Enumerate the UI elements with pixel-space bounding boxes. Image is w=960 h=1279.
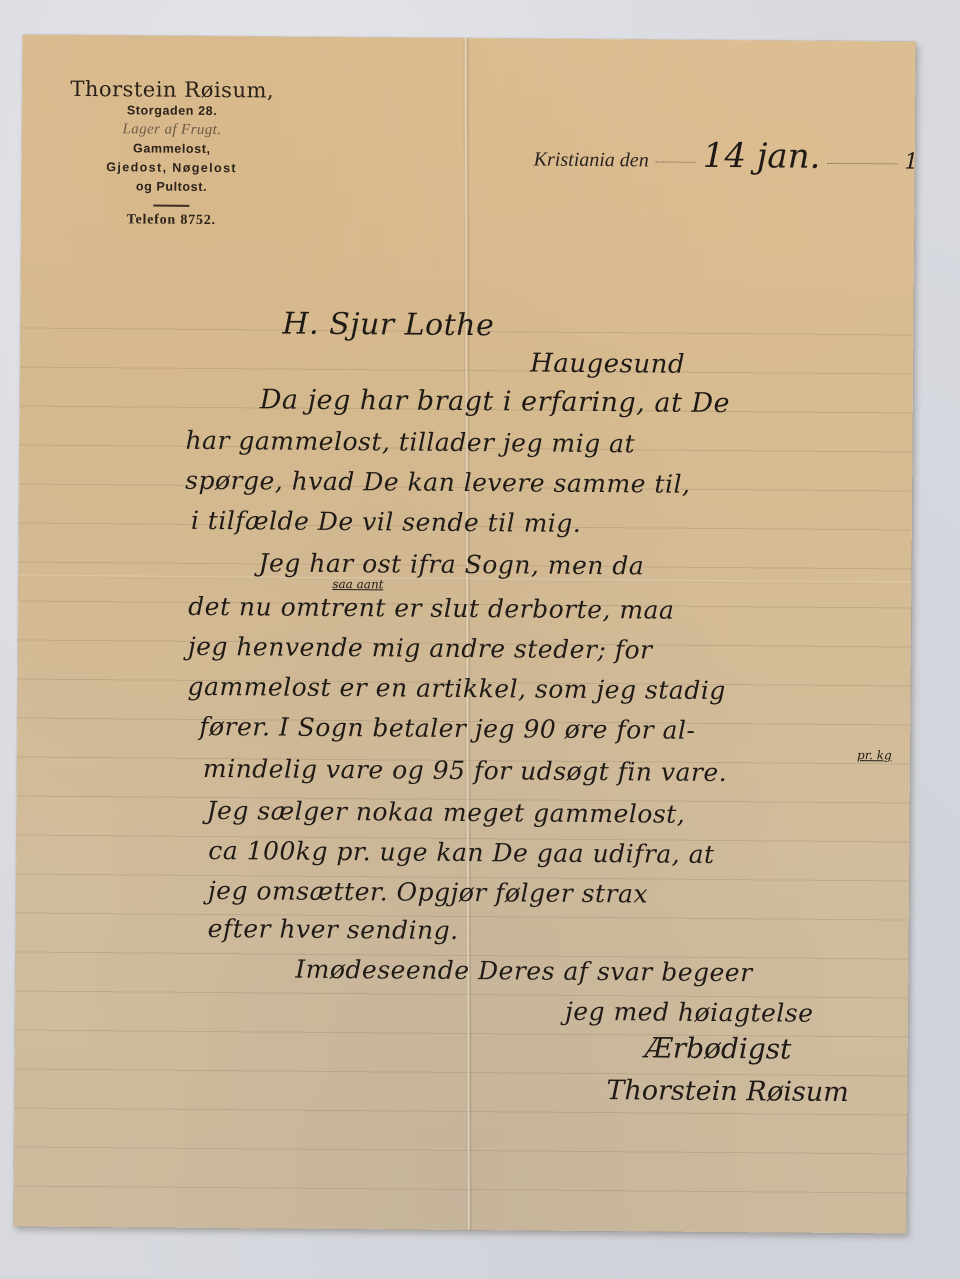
letterhead-phone: Telefon 8752. (51, 212, 291, 230)
body-line: jeg henvende mig andre steder; for (188, 632, 653, 665)
body-line: jeg med høiagtelse (565, 997, 814, 1028)
letterhead-tagline: Lager af Frugt. (52, 120, 292, 141)
insertion-above-word: saa aant (332, 577, 383, 591)
body-line: fører. I Sogn betaler jeg 90 øre for al- (199, 712, 695, 745)
closing: Ærbødigst (645, 1031, 792, 1065)
signature: Thorstein Røisum (606, 1075, 849, 1108)
letterhead-product: og Pultost. (51, 177, 291, 198)
body-line: mindelig vare og 95 for udsøgt fin vare. (203, 754, 727, 787)
body-line: Jeg har ost ifra Sogn, men da (258, 548, 644, 580)
dateline-year: 1904. (904, 149, 915, 174)
body-line: efter hver sending. (208, 914, 459, 945)
letterhead-address: Storgaden 28. (52, 101, 292, 122)
letterhead-product: Gjedost, Nøgelost (52, 158, 292, 179)
dateline-dots (656, 160, 696, 162)
dateline: Kristiania den 14 jan. 1904. (534, 135, 916, 178)
dateline-place: Kristiania den (534, 149, 649, 172)
body-line: har gammelost, tillader jeg mig at (185, 426, 635, 459)
letterhead-divider (153, 205, 189, 207)
body-line: spørge, hvad De kan levere samme til, (185, 466, 690, 499)
body-line: Jeg sælger nokaa meget gammelost, (206, 796, 685, 829)
insertion-above-word: pr. kg (857, 748, 892, 762)
body-line: ca 100kg pr. uge kan De gaa udifra, at (208, 836, 715, 869)
letter-sheet: Thorstein Røisum, Storgaden 28. Lager af… (13, 35, 915, 1234)
body-line: jeg omsætter. Opgjør følger strax (208, 876, 648, 908)
letterhead-name: Thorstein Røisum, (52, 77, 292, 103)
body-line: Imødeseende Deres af svar begeer (295, 955, 752, 988)
body-line: i tilfælde De vil sende til mig. (191, 506, 582, 538)
letterhead-product: Gammelost, (52, 139, 292, 160)
recipient-name: H. Sjur Lothe (282, 307, 494, 344)
body-line: gammelost er en artikkel, som jeg stadig (187, 672, 725, 705)
body-line: Da jeg har bragt i erfaring, at De (260, 384, 730, 419)
body-line: det nu omtrent er slut derborte, maa (188, 592, 674, 625)
dateline-day-month: 14 jan. (703, 136, 821, 177)
letterhead: Thorstein Røisum, Storgaden 28. Lager af… (51, 77, 292, 230)
recipient-city: Haugesund (530, 349, 685, 380)
dateline-dots (827, 162, 897, 165)
